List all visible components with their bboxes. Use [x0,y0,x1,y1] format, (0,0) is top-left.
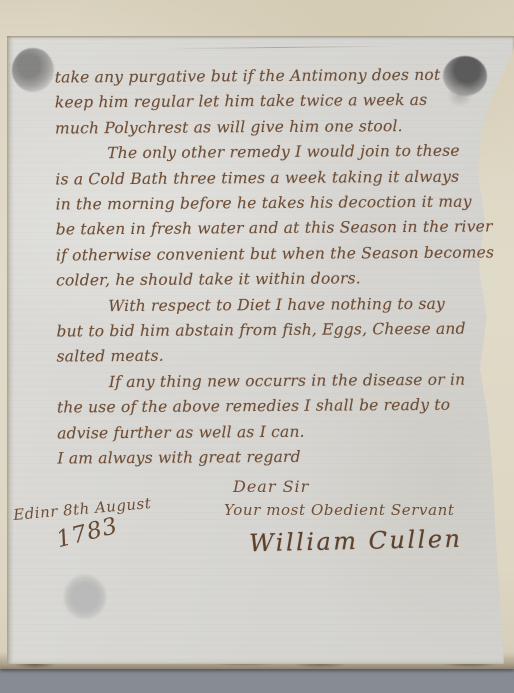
manuscript-line: I am always with great regard [57,444,477,472]
manuscript-line: advise further as well as I can. [57,418,477,446]
manuscript-line: is a Cold Bath three times a week taking… [55,164,475,192]
manuscript-line: but to bid him abstain from fish, Eggs, … [56,317,476,345]
closing-valediction: Your most Obedient Servant [224,501,455,519]
stain-bottom-left [64,575,106,619]
manuscript-line: be taken in fresh water and at this Seas… [56,215,476,243]
manuscript-line: take any purgative but if the Antimony d… [55,63,475,91]
manuscript-line: if otherwise convenient but when the Sea… [56,240,476,268]
manuscript-photo: take any purgative but if the Antimony d… [0,0,514,693]
manuscript-line: in the morning before he takes his decoc… [55,190,475,218]
manuscript-line: salted meats. [57,342,477,370]
closing-salutation: Dear Sir [233,477,309,496]
manuscript-line: If any thing new occurrs in the disease … [57,367,477,395]
letter-body: take any purgative but if the Antimony d… [55,63,478,472]
signature-william-cullen: William Cullen [249,525,463,557]
manuscript-line: much Polychrest as will give him one sto… [55,113,475,141]
manuscript-line: the use of the above remedies I shall be… [57,393,477,421]
manuscript-line: The only other remedy I would join to th… [55,139,475,167]
manuscript-line: colder, he should take it within doors. [56,266,476,294]
manuscript-line: With respect to Diet I have nothing to s… [56,291,476,319]
ink-smudge-top-left [12,48,54,92]
manuscript-line: keep him regular let him take twice a we… [55,88,475,116]
